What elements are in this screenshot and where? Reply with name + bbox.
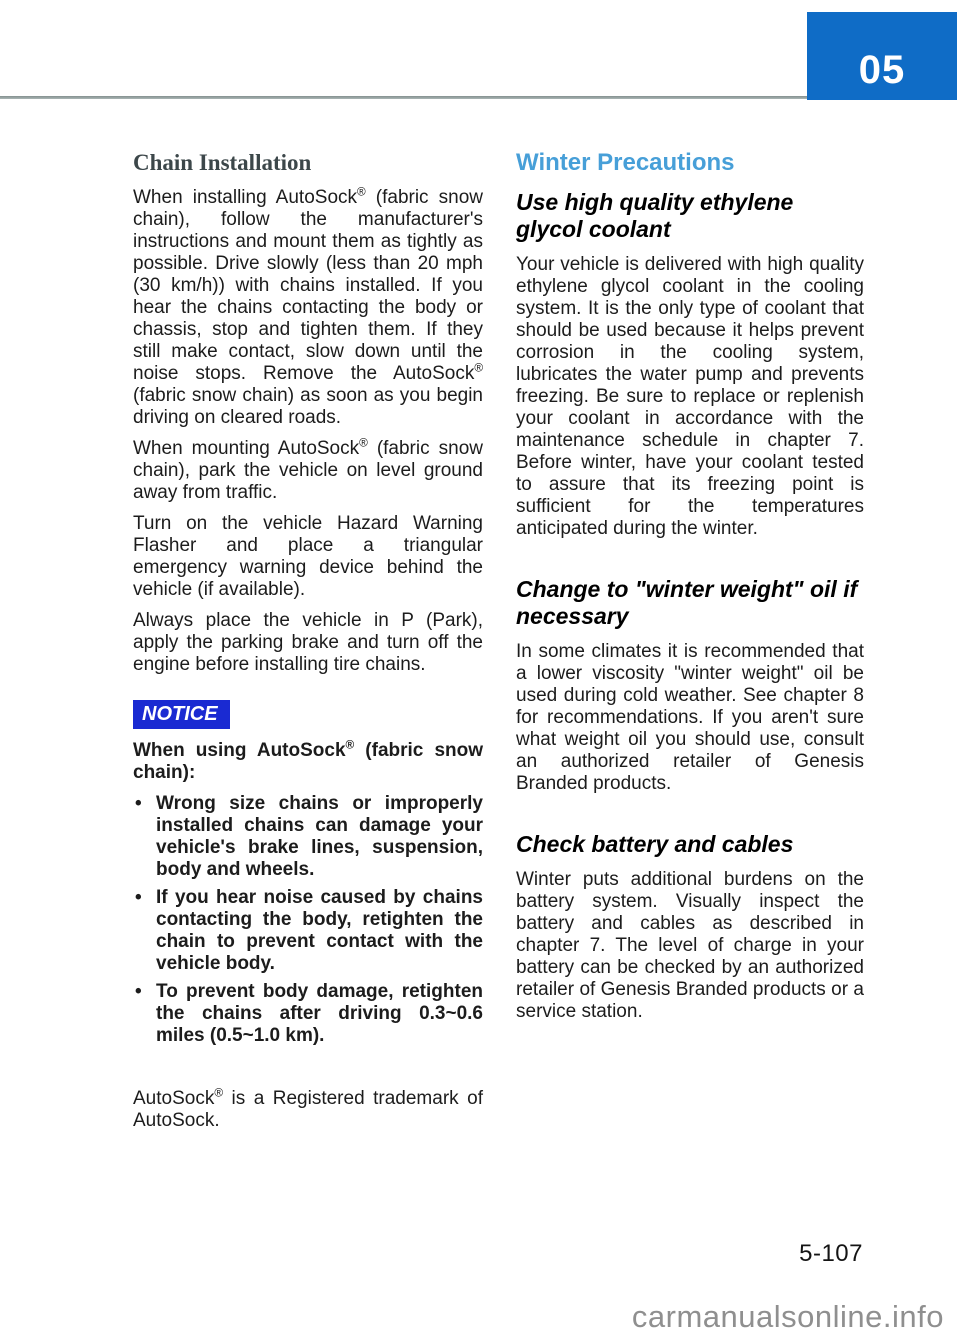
bullet-item-retighten: • To prevent body damage, retighten the … [133, 981, 483, 1047]
bullet-item-noise: • If you hear noise caused by chains con… [133, 887, 483, 975]
trademark-note: AutoSock® is a Registered trademark of A… [133, 1088, 483, 1132]
bullet-dot-icon: • [135, 887, 142, 909]
paragraph-battery-cables: Winter puts additional burdens on the ba… [516, 869, 864, 1023]
notice-bullet-list: • Wrong size chains or improperly instal… [133, 793, 483, 1047]
subheading-winter-oil: Change to "winter weight" oil if necessa… [516, 576, 864, 630]
header-divider-rule [0, 96, 807, 99]
bullet-text: If you hear noise caused by chains conta… [156, 887, 483, 974]
watermark-text: carmanualsonline.info [632, 1299, 944, 1335]
chapter-number-badge: 05 [807, 12, 957, 100]
paragraph-hazard-flasher: Turn on the vehicle Hazard Warning Flash… [133, 513, 483, 601]
bullet-text: Wrong size chains or improperly installe… [156, 793, 483, 880]
subheading-battery-cables: Check battery and cables [516, 831, 864, 858]
paragraph-chain-installing: When installing AutoSock® (fabric snow c… [133, 187, 483, 429]
section-heading-winter-precautions: Winter Precautions [516, 150, 864, 176]
page-number: 5-107 [733, 1240, 863, 1268]
subheading-coolant: Use high quality ethylene glycol coolant [516, 189, 864, 243]
paragraph-winter-oil: In some climates it is recommended that … [516, 641, 864, 795]
notice-intro-text: When using AutoSock® (fabric snow chain)… [133, 740, 483, 784]
paragraph-chain-mounting: When mounting AutoSock® (fabric snow cha… [133, 438, 483, 504]
bullet-text: To prevent body damage, retighten the ch… [156, 981, 483, 1046]
bullet-dot-icon: • [135, 793, 142, 815]
right-column: Winter Precautions Use high quality ethy… [516, 150, 864, 1032]
paragraph-coolant: Your vehicle is delivered with high qual… [516, 254, 864, 540]
section-heading-chain-installation: Chain Installation [133, 150, 483, 176]
bullet-dot-icon: • [135, 981, 142, 1003]
left-column: Chain Installation When installing AutoS… [133, 150, 483, 1141]
paragraph-park-brake: Always place the vehicle in P (Park), ap… [133, 610, 483, 676]
bullet-item-wrong-size: • Wrong size chains or improperly instal… [133, 793, 483, 881]
notice-badge: NOTICE [133, 700, 230, 729]
